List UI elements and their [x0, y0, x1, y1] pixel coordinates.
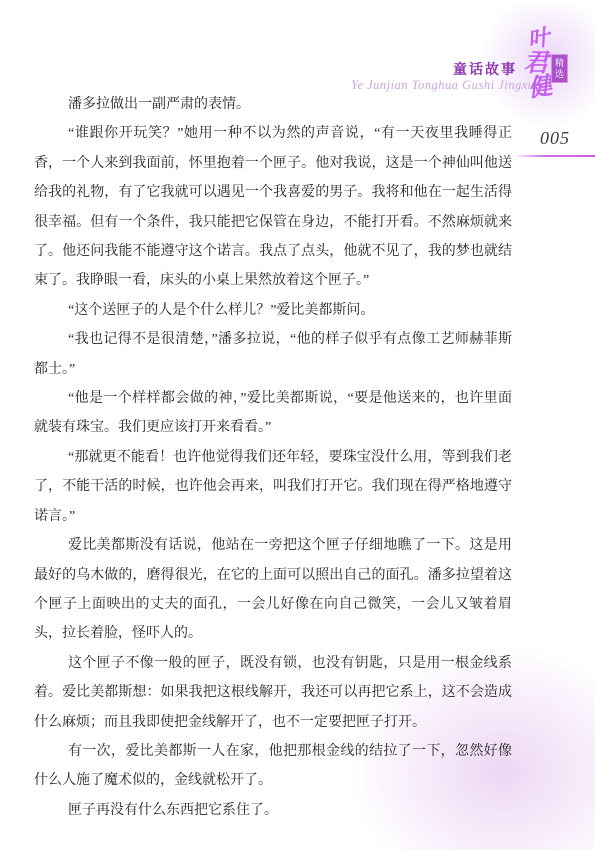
series-title: 童话故事	[453, 59, 517, 79]
story-paragraph: “谁跟你开玩笑？”她用一种不以为然的声音说，“有一天夜里我睡得正香，一个人来到我…	[34, 119, 512, 295]
story-paragraph: 这个匣子不像一般的匣子，既没有锁，也没有钥匙，只是用一根金线系着。爱比美都斯想：…	[34, 649, 512, 737]
page-number: 005	[540, 128, 570, 149]
story-paragraph: “他是一个样样都会做的神，”爱比美都斯说，“要是他送来的，也许里面就装有珠宝。我…	[34, 384, 512, 443]
story-paragraph: 有一次，爱比美都斯一人在家，他把那根金线的结拉了一下，忽然好像什么人施了魔术似的…	[34, 737, 512, 796]
story-paragraph: “我也记得不是很清楚，”潘多拉说，“他的样子似乎有点像工艺师赫菲斯都士。”	[34, 325, 512, 384]
jingxuan-seal: 精 选	[551, 54, 568, 83]
story-paragraph: “这个送匣子的人是个什么样儿？”爱比美都斯问。	[34, 296, 512, 325]
seal-char: 精	[555, 58, 564, 69]
story-paragraph: 潘多拉做出一副严肃的表情。	[34, 90, 512, 119]
story-paragraph: 爱比美都斯没有话说，他站在一旁把这个匣子仔细地瞧了一下。这是用最好的乌木做的，磨…	[34, 531, 512, 649]
story-text: 潘多拉做出一副严肃的表情。 “谁跟你开玩笑？”她用一种不以为然的声音说，“有一天…	[34, 90, 512, 825]
story-paragraph: “那就更不能看！也许他觉得我们还年轻，要珠宝没什么用，等到我们老了，不能干活的时…	[34, 443, 512, 531]
story-paragraph: 匣子再没有什么东西把它系住了。	[34, 796, 512, 825]
seal-char: 选	[555, 69, 564, 80]
page-number-rule	[517, 155, 595, 157]
book-page: 童话故事 Ye Junjian Tonghua Gushi Jingxuan 叶…	[0, 0, 595, 850]
